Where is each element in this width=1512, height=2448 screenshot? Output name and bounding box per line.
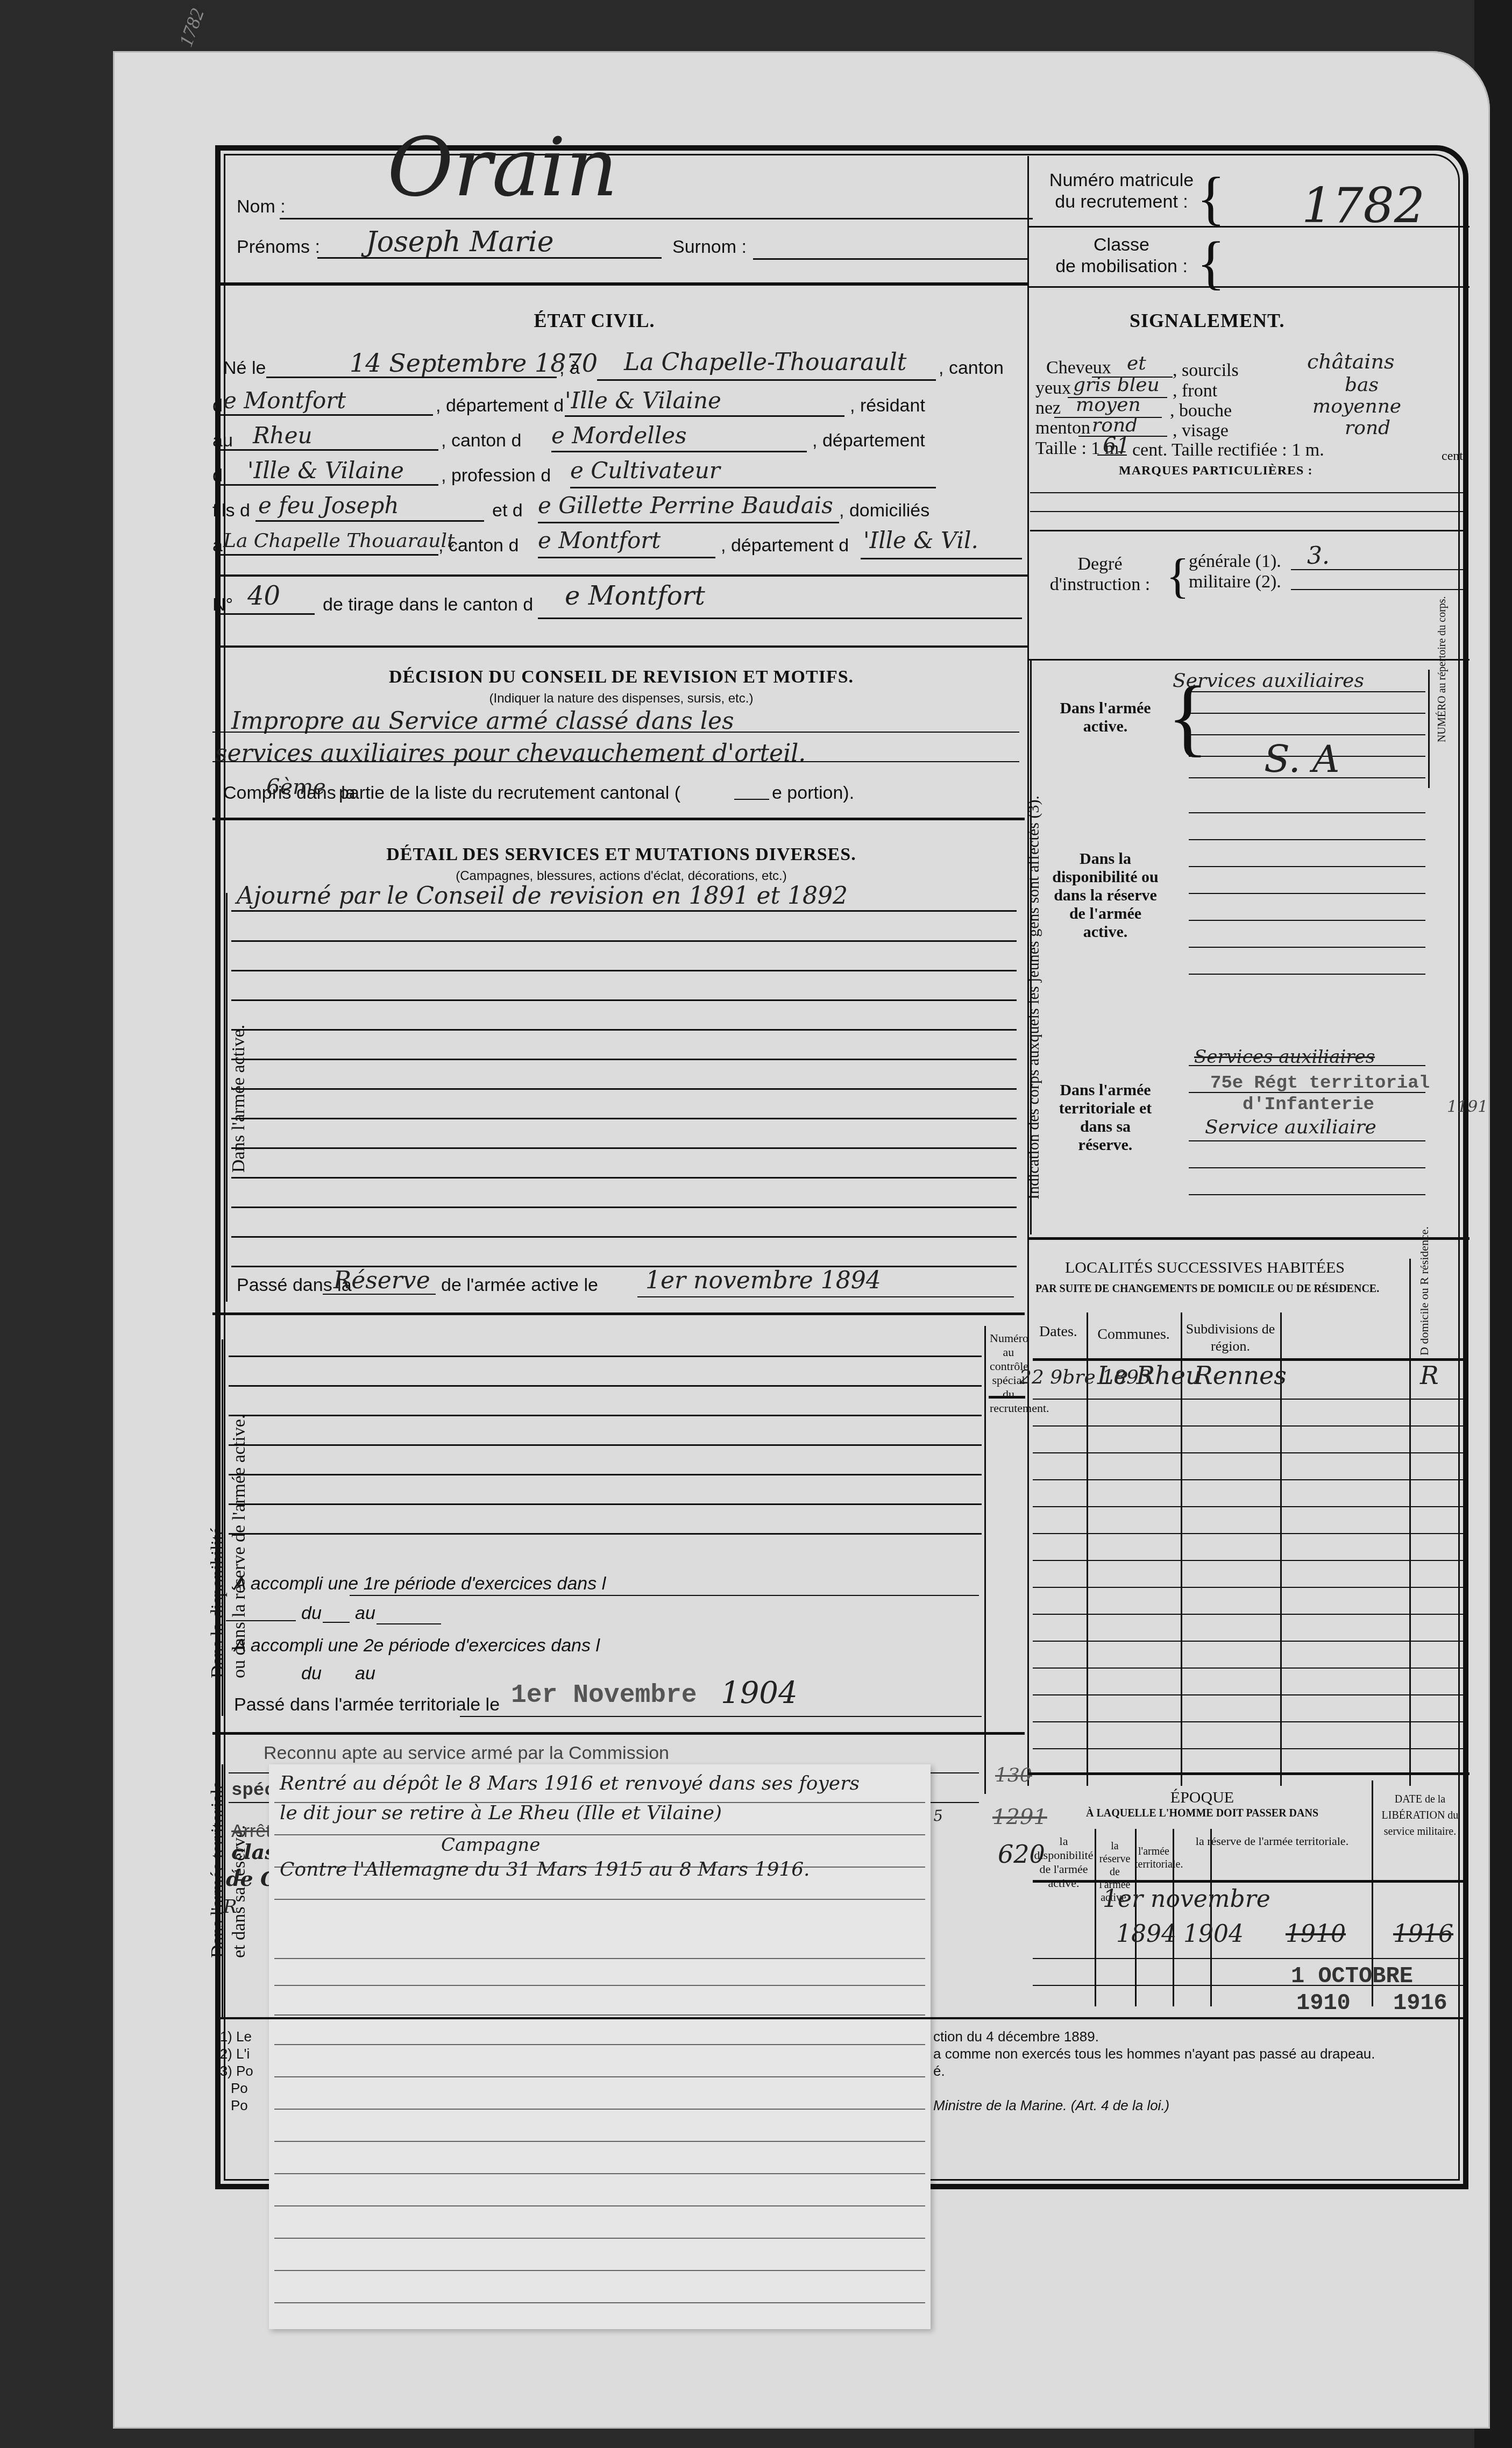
localites-title: LOCALITÉS SUCCESSIVES HABITÉES <box>1065 1259 1345 1277</box>
periode-2-label: A accompli une 2e période d'exercices da… <box>234 1635 600 1656</box>
localites-col-communes: Communes. <box>1087 1326 1181 1343</box>
periode-1-label: A accompli une 1re période d'exercices d… <box>234 1573 606 1594</box>
margin-note: 1191 <box>1447 1097 1488 1116</box>
services-active-entry: Ajourné par le Conseil de revision en 18… <box>237 882 848 910</box>
prenoms-value: Joseph Marie <box>366 226 553 258</box>
epoque-handwritten-day: 1er novembre <box>1103 1885 1270 1913</box>
localite-row-subdivision: Rennes <box>1194 1361 1287 1390</box>
birth-place: La Chapelle-Thouarault <box>624 349 906 376</box>
affectation-disponibilite-label: Dans la disponibilité ou dans la réserve… <box>1052 850 1159 941</box>
footnote-1-text: ction du 4 décembre 1889. <box>933 2028 1375 2045</box>
birth-canton: e Montfort <box>223 387 346 414</box>
liberation-header: DATE de la LIBÉRATION du service militai… <box>1374 1791 1466 1840</box>
decision-line-2: services auxiliaires pour chevauchement … <box>215 740 806 767</box>
parents-canton: e Montfort <box>538 527 661 554</box>
disponibilite-side-label-1: Dans la disponibilité <box>207 1415 229 1678</box>
affectation-territoriale-struck: Services auxiliaires <box>1194 1046 1375 1068</box>
affectations-side-label: Indication des corps auxquels les jeunes… <box>1025 796 1043 1200</box>
services-title: DÉTAIL DES SERVICES ET MUTATIONS DIVERSE… <box>215 845 1027 865</box>
prenoms-label: Prénoms : <box>237 237 320 258</box>
localites-col-dates: Dates. <box>1030 1323 1087 1340</box>
epoque-title: ÉPOQUE <box>1041 1789 1364 1807</box>
footnote-3-marker: (3) Po <box>215 2062 253 2080</box>
epoque-stamp-year-2: 1916 <box>1393 1990 1447 2016</box>
decision-title: DÉCISION DU CONSEIL DE REVISION ET MOTIF… <box>215 667 1027 687</box>
epoque-stamp-year-1: 1910 <box>1296 1990 1351 2016</box>
territoriale-stamp-1: 75e Régt territorial <box>1210 1073 1430 1094</box>
yeux-value: gris bleu <box>1073 374 1160 396</box>
affectation-disponibilite-value: S. A <box>1264 737 1340 781</box>
numero-controle-struck-1: 130 <box>995 1764 1032 1786</box>
parents-department: 'Ille & Vil. <box>863 527 978 554</box>
residence-department: 'Ille & Vilaine <box>247 457 404 484</box>
localite-row-commune: Le Rheu <box>1097 1361 1202 1390</box>
father-name: e feu Joseph <box>258 492 399 519</box>
passe-reserve-value: Réserve <box>333 1267 430 1294</box>
compris-partie: 6ème <box>266 775 326 799</box>
passe-reserve-date: 1er novembre 1894 <box>645 1267 881 1294</box>
footnote-3-text: é. <box>933 2062 1375 2080</box>
tirage-canton: e Montfort <box>565 581 705 611</box>
profession: e Cultivateur <box>570 457 720 484</box>
matricule-label-2: du recrutement : <box>1046 191 1197 212</box>
margin-mark: R <box>223 1896 237 1918</box>
passe-territoriale-stamp: 1er Novembre <box>511 1681 697 1710</box>
territoriale-side-label-1: Dans l'armée territoriale <box>207 1781 229 1958</box>
affectation-territoriale-label: Dans l'armée territoriale et dans sa rés… <box>1052 1081 1159 1154</box>
territoriale-stamp-2: d'Infanterie <box>1243 1095 1374 1115</box>
epoque-value-reserve-active: 1894 <box>1116 1920 1176 1948</box>
bouche-value: moyenne <box>1312 395 1401 417</box>
mother-name: e Gillette Perrine Baudais <box>538 492 833 519</box>
decision-line-1: Impropre au Service armé classé dans les <box>231 707 734 735</box>
affectation-active-value: Services auxiliaires <box>1173 670 1364 692</box>
marques-title: MARQUES PARTICULIÈRES : <box>1119 464 1312 478</box>
services-active-side-label: Dans l'armée active. <box>229 1025 249 1173</box>
epoque-value-reserve-territoriale: 1910 <box>1286 1920 1346 1948</box>
birth-department: 'Ille & Vilaine <box>565 387 721 414</box>
liberation-value: 1916 <box>1393 1920 1453 1948</box>
numero-repertoire-label: NUMÉRO au répertoire du corps. <box>1436 596 1448 742</box>
footnote-5-marker: Po <box>215 2097 253 2114</box>
footnote-2-text: a comme non exercés tous les hommes n'ay… <box>933 2045 1375 2062</box>
affectation-active-label: Dans l'armée active. <box>1052 699 1159 736</box>
nom-label: Nom : <box>237 196 286 217</box>
residence-commune: Rheu <box>253 422 313 449</box>
signalement-title: SIGNALEMENT. <box>1130 309 1284 332</box>
residence-canton: e Mordelles <box>551 422 687 449</box>
slip-line-1: Rentré au dépôt le 8 Mars 1916 et renvoy… <box>280 1772 860 1794</box>
tirage-number: 40 <box>247 581 280 611</box>
footnote-5-text: Ministre de la Marine. (Art. 4 de la loi… <box>933 2097 1375 2114</box>
classe-label-2: de mobilisation : <box>1046 256 1197 277</box>
footnote-2-marker: (2) L'i <box>215 2045 253 2062</box>
instruction-label-1: Degré <box>1046 554 1154 574</box>
surnom-label: Surnom : <box>672 237 747 258</box>
passe-territoriale-year: 1904 <box>721 1676 798 1711</box>
front-value: bas <box>1345 374 1379 396</box>
epoque-value-territoriale: 1904 <box>1183 1920 1244 1948</box>
epoque-col-territoriale: l'armée territoriale. <box>1135 1845 1173 1871</box>
passe-territoriale-label: Passé dans l'armée territoriale le <box>234 1694 500 1715</box>
parents-domicile: La Chapelle Thouarault <box>223 530 455 552</box>
decision-subtitle: (Indiquer la nature des dispenses, sursi… <box>215 691 1027 706</box>
etat-civil-title: ÉTAT CIVIL. <box>325 309 863 332</box>
localites-col-type: D domicile ou R résidence. <box>1417 1226 1431 1356</box>
pasted-slip: Rentré au dépôt le 8 Mars 1916 et renvoy… <box>269 1764 931 2329</box>
epoque-col-reserve-territoriale: la réserve de l'armée territoriale. <box>1173 1834 1372 1848</box>
cheveux-value: et <box>1127 352 1146 374</box>
reconnu-line-1: Reconnu apte au service armé par la Comm… <box>264 1743 669 1764</box>
footnote-4-marker: Po <box>215 2080 253 2097</box>
epoque-subtitle: À LAQUELLE L'HOMME DOIT PASSER DANS <box>1041 1807 1364 1820</box>
ne-le-label: Né le <box>223 358 266 379</box>
classe-label-1: Classe <box>1046 234 1197 256</box>
nez-value: moyen <box>1076 394 1141 416</box>
nom-value: Orain <box>387 121 618 215</box>
services-subtitle: (Campagnes, blessures, actions d'éclat, … <box>215 869 1027 884</box>
localites-subtitle: PAR SUITE DE CHANGEMENTS DE DOMICILE OU … <box>1035 1283 1379 1295</box>
visage-value: rond <box>1345 417 1390 439</box>
instruction-label-2: d'instruction : <box>1046 574 1154 595</box>
localite-row-type: R <box>1420 1361 1439 1390</box>
footnote-1-marker: (1) Le <box>215 2028 253 2045</box>
sourcils-value: châtains <box>1307 350 1394 373</box>
affectation-territoriale-value: Service auxiliaire <box>1205 1116 1376 1138</box>
localites-col-subdivisions: Subdivisions de région. <box>1181 1321 1280 1355</box>
matricule-label-1: Numéro matricule <box>1046 169 1197 191</box>
instruction-generale-value: 3. <box>1307 542 1330 570</box>
slip-campagne: Contre l'Allemagne du 31 Mars 1915 au 8 … <box>280 1858 810 1881</box>
pencil-corner-number: 1782 <box>174 5 209 49</box>
slip-line-2: le dit jour se retire à Le Rheu (Ille et… <box>280 1802 722 1824</box>
slip-campagne-title: Campagne <box>441 1834 540 1856</box>
numero-controle-struck-2: 1291 <box>992 1805 1047 1829</box>
